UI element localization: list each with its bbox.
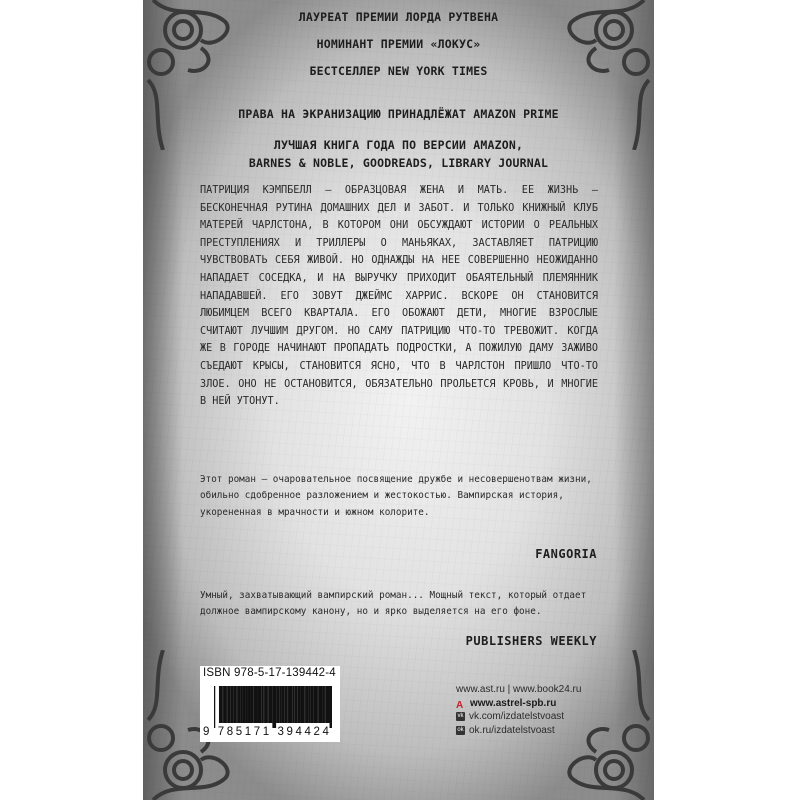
ok-icon: ok — [456, 726, 465, 735]
award-tagline: ЛАУРЕАТ ПРЕМИИ ЛОРДА РУТВЕНА — [143, 10, 654, 24]
vk-link-text[interactable]: vk.com/izdatelstvoast — [469, 710, 564, 724]
isbn-barcode: ISBN 978-5-17-139442-4 9 785171 394424 — [200, 666, 340, 742]
best-book-line-1: ЛУЧШАЯ КНИГА ГОДА ПО ВЕРСИИ AMAZON, — [143, 136, 654, 154]
review-quote: Умный, захватывающий вампирский роман...… — [200, 588, 598, 621]
ok-link-text[interactable]: ok.ru/izdatelstvoast — [469, 724, 555, 738]
synopsis-text: ПАТРИЦИЯ КЭМПБЕЛЛ — ОБРАЗЦОВАЯ ЖЕНА И МА… — [200, 182, 598, 411]
book-back-cover: ЛАУРЕАТ ПРЕМИИ ЛОРДА РУТВЕНА НОМИНАНТ ПР… — [143, 0, 654, 800]
link-vk[interactable]: vk vk.com/izdatelstvoast — [456, 710, 581, 724]
barcode-bars-icon — [214, 686, 332, 728]
best-book-line-2: BARNES & NOBLE, GOODREADS, LIBRARY JOURN… — [143, 154, 654, 172]
review-source: FANGORIA — [535, 547, 597, 561]
publisher-links: www.ast.ru | www.book24.ru A www.astrel-… — [456, 683, 581, 737]
websites-text[interactable]: www.ast.ru | www.book24.ru — [456, 683, 581, 697]
review-quote: Этот роман — очаровательное посвящение д… — [200, 472, 598, 521]
isbn-number: ISBN 978-5-17-139442-4 — [203, 667, 336, 679]
link-websites[interactable]: www.ast.ru | www.book24.ru — [456, 683, 581, 697]
astrel-link-text[interactable]: www.astrel-spb.ru — [470, 697, 556, 711]
bestseller-tagline: БЕСТСЕЛЛЕР NEW YORK TIMES — [143, 64, 654, 78]
best-book-tagline: ЛУЧШАЯ КНИГА ГОДА ПО ВЕРСИИ AMAZON, BARN… — [143, 136, 654, 172]
film-rights-tagline: ПРАВА НА ЭКРАНИЗАЦИЮ ПРИНАДЛЁЖАТ AMAZON … — [143, 107, 654, 121]
nomination-tagline: НОМИНАНТ ПРЕМИИ «ЛОКУС» — [143, 37, 654, 51]
vk-icon: vk — [456, 712, 465, 721]
astrel-logo-icon: A — [456, 699, 466, 708]
review-source: PUBLISHERS WEEKLY — [466, 634, 597, 648]
ean-digits: 9 785171 394424 — [203, 726, 337, 738]
link-astrel[interactable]: A www.astrel-spb.ru — [456, 697, 581, 711]
link-ok[interactable]: ok ok.ru/izdatelstvoast — [456, 724, 581, 738]
